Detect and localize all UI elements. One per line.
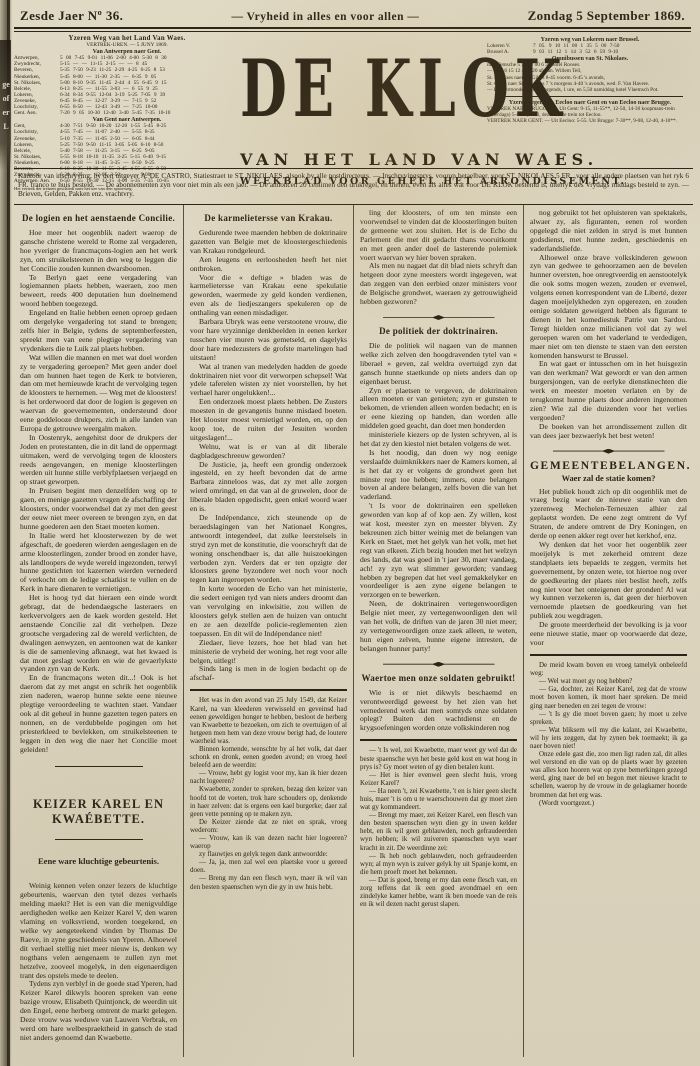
omnibus-lines: naer Temsche 5 30 12 00 6 30 hotel Roose… xyxy=(487,62,693,92)
paragraph: — Ha neen 't, zei Kwaebette, 't en is hi… xyxy=(360,787,517,811)
paragraph: Binnen komende, wenschte hy al het volk,… xyxy=(190,745,347,769)
paragraph: De Keizer ziende dat ze niet en sprak, v… xyxy=(190,818,347,834)
divider xyxy=(55,766,143,767)
station-name: Brussel A. xyxy=(487,49,533,55)
paragraph: Als men nu nagaet dat dit blad niets sch… xyxy=(360,262,517,307)
paragraph: — Ja, ja, men zal wel een plaetske voor … xyxy=(190,858,347,874)
article-subheading-statie: Waer zal de statie komen? xyxy=(530,474,687,483)
article-keizer-karel: Weinig kennen velen onzer lezers de kluc… xyxy=(20,882,177,1042)
paragraph: — Wel wat moet gy nog hebben? xyxy=(530,677,687,685)
article-krakau-continued: ling der kloosters, of om ten minste een… xyxy=(360,209,517,307)
paragraph: — Dat is goed, breng er my dan eene fles… xyxy=(360,876,517,908)
paragraph: — 't Is wel, zei Kwaebette, maer weet gy… xyxy=(360,746,517,770)
paragraph: zy flauwtjes en gelyk tegen dank antwoor… xyxy=(190,850,347,858)
paragraph: — Vrouw, hebt gy logist voor my, kan ik … xyxy=(190,769,347,785)
departure-times: 9 03 11 12 1 14 3 52 6 59 9-10 xyxy=(533,49,693,55)
paragraph: — Breng my dan een flesch wyn, maer ik w… xyxy=(190,874,347,890)
schedule-row: Brussel A.9 03 11 12 1 14 3 52 6 59 9-10 xyxy=(487,49,693,55)
article-heading-soldaten: Waertoe men onze soldaten gebruikt! xyxy=(360,673,517,683)
column-2: De karmelietersse van Krakau. Gedurende … xyxy=(183,205,353,1057)
paragraph: Gedurende twee maenden hebben de doktrin… xyxy=(190,229,347,256)
paragraph: Wie is er niet dikwyls beschaemd en vero… xyxy=(360,689,517,734)
paragraph: Engeland en Italie hebben eenen oproep g… xyxy=(20,309,177,354)
paragraph: De groote meerderheid der bevolking is j… xyxy=(530,621,687,648)
article-soldaten: Wie is er niet dikwyls beschaemd en vero… xyxy=(360,689,517,734)
paragraph: Een onderzoek moest plaets hebben. De Zu… xyxy=(190,398,347,443)
paragraph: Welnu, wat is er van al dit liberale dag… xyxy=(190,443,347,461)
article-heading-gemeentebelangen: GEMEENTEBELANGEN. xyxy=(530,460,687,472)
paragraph: Hoe meer het oogenblik nadert waerop de … xyxy=(20,229,177,274)
paragraph: Weinig kennen velen onzer lezers de kluc… xyxy=(20,882,177,980)
paragraph: In Oostenryk, aengehitst door de drukper… xyxy=(20,434,177,487)
spine-bleed-text: ge of er L xyxy=(0,78,12,134)
paragraph: Het is hoog tyd dat hieraen een einde wo… xyxy=(20,594,177,674)
departure-times: 7-20 9 05 10-30 12-40 3-40 5-45 7-35 10-… xyxy=(60,110,240,116)
paragraph: Wat al tranen van medelyden hadden de go… xyxy=(190,363,347,399)
paragraph: — 't Is gy die moet boven gaen; hy moet … xyxy=(530,710,687,726)
paragraph: Die de politiek wil nagaen van de mannen… xyxy=(360,342,517,387)
paragraph: — Brengt my maer, zei Keizer Karel, een … xyxy=(360,811,517,851)
paragraph: Wat willen die mannen en met wat doel wo… xyxy=(20,354,177,434)
paragraph: In korte woorden de Echo van het ministe… xyxy=(190,585,347,638)
schedule-rows-antwerpen-gent: Antwerpen,5 00 7-45 9-01 11-06 2-00 4-00… xyxy=(14,55,240,116)
feuilleton-part-1: Het was in den avond van 25 July 1549, d… xyxy=(190,696,347,890)
feuilleton-part-3: De meid kwam boven en vroeg tamelyk onbe… xyxy=(530,661,687,807)
article-heading-krakau: De karmelietersse van Krakau. xyxy=(190,213,347,223)
paragraph: — Vrouw, kan ik van dezen nacht hier log… xyxy=(190,834,347,850)
paragraph: Zyn er plaetsen te vergeven, de doktrina… xyxy=(360,387,517,432)
paragraph: Het was in den avond van 25 July 1549, d… xyxy=(190,696,347,745)
feuilleton-rule xyxy=(360,739,517,741)
newspaper-page: Zesde Jaer Nº 36. — Vryheid in alles en … xyxy=(12,0,695,1066)
feuilleton-part-2: — 't Is wel, zei Kwaebette, maer weet gy… xyxy=(360,746,517,908)
station-name: Antwerpen. Aen. xyxy=(14,178,60,184)
paragraph: nog gebruikt tot het opluisteren van spe… xyxy=(530,209,687,254)
paragraph: Voor die « deftige » bladen was de karme… xyxy=(190,274,347,319)
ornament-divider xyxy=(383,662,495,667)
paragraph: Tydens zyn verblyf in de goede stad Yper… xyxy=(20,980,177,1042)
top-header: Zesde Jaer Nº 36. — Vryheid in alles en … xyxy=(12,0,695,26)
paragraph: VERTREK NAER BRUGGE. — Uit Gent: 9-15, 1… xyxy=(487,106,693,118)
ornament-divider xyxy=(383,315,495,320)
paragraph: Het publiek houdt zich op dit oogenblik … xyxy=(530,488,687,541)
ornament-divider xyxy=(553,449,665,454)
edition-number: Zesde Jaer Nº 36. xyxy=(20,8,123,24)
paragraph: VERTREK NAER GENT. — Uit Eecloo: 5-55. U… xyxy=(487,118,693,124)
paragraph: — Het is hier evenwel geen slecht huis, … xyxy=(360,771,517,787)
paragraph: Onze edele gast die, zoo men ligt raden … xyxy=(530,750,687,799)
article-subheading-keizer-karel: Eene ware kluchtige gebeurtenis. xyxy=(20,856,177,866)
schedule-note: Het vertrek der treinen geschiedt naer h… xyxy=(14,186,240,192)
paragraph: — Wat bliksem wil my die kalant, zei Kwa… xyxy=(530,726,687,750)
column-1: De logien en het aenstaende Concilie. Ho… xyxy=(14,205,183,1057)
article-krakau: Gedurende twee maenden hebben de doktrin… xyxy=(190,229,347,683)
paragraph: In Italie werd het kloosterwezen by de w… xyxy=(20,532,177,594)
paragraph: (Wordt voortgezet.) xyxy=(530,799,687,807)
paragraph: Aen leugens en eerloosheden heeft het ni… xyxy=(190,256,347,274)
schedule-subtitle: VERTREK-UREN. — 5 JUNY 1869. xyxy=(14,42,240,48)
paragraph: En de francmaçons weten dit...! Ook is h… xyxy=(20,674,177,754)
body-columns: De logien en het aenstaende Concilie. Ho… xyxy=(14,204,693,1057)
paper-title: DE KLOK xyxy=(240,42,485,135)
paragraph: ling der kloosters, of om ten minste een… xyxy=(360,209,517,262)
article-soldaten-continued: nog gebruikt tot het opluisteren van spe… xyxy=(530,209,687,441)
schedule-row: Antwerpen. Aen.6-50 8-55 10-30 12-15 4-0… xyxy=(14,178,240,184)
divider xyxy=(497,96,683,97)
paper-subtitle: VAN HET LAND VAN WAES. xyxy=(240,150,485,169)
paragraph: — Ik heb noch geblauwden, noch gefraudee… xyxy=(360,852,517,876)
paragraph: — Ga, dochter, zei Keizer Karel, zeg dat… xyxy=(530,685,687,709)
eecloo-lines: VERTREK NAER BRUGGE. — Uit Gent: 9-15, 1… xyxy=(487,106,693,124)
train-schedule-right: Yzeren weg van Lokeren naer Brussel. Lok… xyxy=(487,36,693,124)
paragraph: De Justicie, ja, heeft een grondig onder… xyxy=(190,461,347,514)
station-name: Gent. Aen. xyxy=(14,110,60,116)
paragraph: ministeriele kiezers op de lysten schryv… xyxy=(360,431,517,449)
paper-motto: — Vryheid in alles en voor allen — xyxy=(231,11,419,23)
paper-tagline: WEEKBLAD VOOR GEHEEL HET ARRONDISSEMENT. xyxy=(240,176,485,187)
article-politiek: Die de politiek wil nagaen van de mannen… xyxy=(360,342,517,654)
title-block: DE KLOK VAN HET LAND VAN WAES. WEEKBLAD … xyxy=(240,32,485,187)
paragraph: Barbara Ubryk was eene verstootene vrouw… xyxy=(190,318,347,363)
paragraph: Neen, de doktrinairen vertegenwoordigen … xyxy=(360,600,517,653)
article-gemeentebelangen: Het publiek houdt zich op dit oogenblik … xyxy=(530,488,687,648)
article-heading-concilie: De logien en het aenstaende Concilie. xyxy=(20,213,177,223)
paragraph: — Dendermonde 5,15 's morgends, 1 ure, e… xyxy=(487,87,693,93)
issue-date: Zondag 5 September 1869. xyxy=(528,8,685,24)
paragraph: In Pruisen begint men denzelfden weg op … xyxy=(20,487,177,532)
paragraph: De Indépendance, zich steunende op de be… xyxy=(190,514,347,585)
paragraph: De meid kwam boven en vroeg tamelyk onbe… xyxy=(530,661,687,677)
paragraph: Is het noodig, dan doen wy nog eenige ve… xyxy=(360,449,517,502)
train-schedule-waes: Yzeren Weg van het Land Van Waes. VERTRE… xyxy=(14,36,240,192)
paragraph: Kwaebette, zonder te spreken, bezag den … xyxy=(190,785,347,817)
schedule-row: Gent. Aen.7-20 9 05 10-30 12-40 3-40 5-4… xyxy=(14,110,240,116)
paragraph: 't Is voor de doktrinairen een spelleken… xyxy=(360,502,517,600)
page-spine: ge of er L xyxy=(0,0,12,1066)
masthead: Yzeren Weg van het Land Van Waes. VERTRE… xyxy=(12,32,695,166)
divider xyxy=(55,839,143,840)
feuilleton-rule xyxy=(190,689,347,691)
paragraph: Ziedaer, lieve lezers, hoe het blad van … xyxy=(190,639,347,666)
schedule-rows-lokeren-brussel: Lokeren V.7 05. 9 10 11 00 1 35 5 00 7-5… xyxy=(487,43,693,55)
article-concilie: Hoe meer het oogenblik nadert waerop de … xyxy=(20,229,177,754)
feuilleton-rule xyxy=(530,654,687,656)
article-heading-keizer-karel: KEIZER KAREL EN KWAÉBETTE. xyxy=(20,797,177,827)
paragraph: Sinds lang is men in de logien bedacht o… xyxy=(190,665,347,683)
column-4: nog gebruikt tot het opluisteren van spe… xyxy=(523,205,693,1057)
paragraph: De boeken van het arrondissement zullen … xyxy=(530,423,687,441)
paragraph: Te Berlyn gaet eene vergadering van logi… xyxy=(20,274,177,310)
paragraph: Wy denken dat het voor het oogenblik zee… xyxy=(530,541,687,621)
departure-times: 6-50 8-55 10-30 12-15 4-00 5-35 7-35 10-… xyxy=(60,178,240,184)
schedule-rows-gent-antwerpen: Gent,4-30 7-51 9-50 10-20 12-20 1-55 5-4… xyxy=(14,123,240,184)
article-heading-politiek: De politiek der doktrinairen. xyxy=(360,326,517,336)
paragraph: En wat gaet er intusschen om in het huis… xyxy=(530,360,687,422)
paragraph: Alhoewel onze brave volkskinderen gewoon… xyxy=(530,254,687,361)
column-3: ling der kloosters, of om ten minste een… xyxy=(353,205,523,1057)
